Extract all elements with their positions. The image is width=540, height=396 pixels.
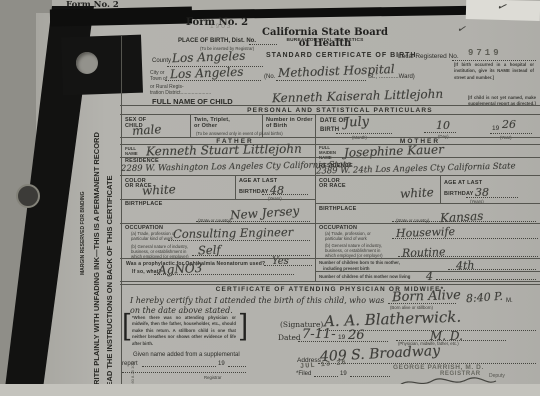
supplemental-note: report xyxy=(122,361,138,367)
divider xyxy=(350,376,390,377)
father-occupation-a-value: Consulting Engineer xyxy=(173,225,293,241)
divider xyxy=(168,240,310,241)
divider xyxy=(398,256,538,257)
mother-birthplace-value: Kansas xyxy=(440,209,484,225)
local-registered-label: Local Registered No. xyxy=(398,53,459,60)
rural-district-label: tration District...................... xyxy=(150,90,211,96)
mother-color-value: white xyxy=(400,185,434,201)
county-label: County xyxy=(152,58,171,64)
divider xyxy=(235,176,236,199)
bureau-subtitle: BUREAU OF VITAL STATISTICS xyxy=(278,38,372,43)
sex-value: male xyxy=(132,122,162,138)
divider xyxy=(165,80,261,81)
divider xyxy=(142,366,216,367)
divider xyxy=(154,274,294,275)
place-of-birth-label: PLACE OF BIRTH, Dist. No. xyxy=(178,38,256,44)
father-name-label: NAME xyxy=(125,151,138,156)
no-physician-note: *When there was no attending physician o… xyxy=(132,315,236,347)
dated-year-printed: 19 xyxy=(338,334,345,341)
county-value: Los Angeles xyxy=(172,49,246,66)
read-instructions-warning: READ THE INSTRUCTIONS ON BACK OF THIS CE… xyxy=(105,118,114,392)
mother-name-label: NAME xyxy=(319,155,332,160)
time-meridiem-suffix: M. xyxy=(506,298,513,304)
city-label: Town of xyxy=(150,76,167,82)
write-plainly-warning: WRITE PLAINLY WITH UNFADING INK—THIS IS … xyxy=(92,92,101,392)
plural-births-note: (To be answered only in event of plural … xyxy=(196,131,283,136)
divider xyxy=(392,221,536,222)
divider xyxy=(314,376,338,377)
twin-label: or Other xyxy=(194,123,217,129)
certificate-title: STANDARD CERTIFICATE OF BIRTH xyxy=(266,52,416,59)
divider xyxy=(298,341,388,342)
birth-time-value: 8:40 P. xyxy=(466,290,504,306)
divider xyxy=(466,197,518,198)
divider xyxy=(120,114,540,115)
divider xyxy=(262,194,308,195)
divider xyxy=(120,284,540,285)
divider xyxy=(436,279,536,280)
scanned-birth-certificate: Form No. 2 MARGIN RESERVED FOR BINDING W… xyxy=(0,0,540,396)
street-ward-suffix: St.; ............Ward) xyxy=(368,74,415,80)
binding-tab xyxy=(61,35,143,96)
divider xyxy=(316,258,540,259)
scanner-bed-strip xyxy=(0,384,540,396)
supplemental-year-printed: 19 xyxy=(218,361,225,367)
punch-hole xyxy=(16,184,40,208)
local-registered-number: 9719 xyxy=(468,48,502,58)
father-name-value: Kenneth Stuart Littlejohn xyxy=(146,142,302,159)
divider xyxy=(264,265,312,266)
children-living-label: Number of children of this mother now li… xyxy=(319,274,410,279)
divider xyxy=(490,133,532,134)
margin-reserved-note: MARGIN RESERVED FOR BINDING xyxy=(80,140,86,275)
divider xyxy=(192,255,310,256)
particulars-section-title: PERSONAL AND STATISTICAL PARTICULARS xyxy=(230,107,450,114)
supplemental-note: Given name added from a supplemental xyxy=(133,352,269,358)
divider xyxy=(392,238,538,239)
divider xyxy=(424,132,456,133)
divider xyxy=(336,133,392,134)
punch-hole xyxy=(76,52,98,74)
father-occupation-a-label: particular kind of work xyxy=(131,236,173,241)
birth-day-value: 10 xyxy=(436,119,450,132)
divider xyxy=(388,303,456,304)
date-above-statement: on the date above stated. xyxy=(130,306,233,315)
birth-year-value: 26 xyxy=(502,118,516,131)
form-number: Form No. 2 xyxy=(186,17,248,28)
divider xyxy=(120,199,315,200)
bracket-close: ] xyxy=(238,309,248,345)
city-value: Los Angeles xyxy=(170,65,244,82)
divider xyxy=(448,269,536,270)
birth-month-value: July xyxy=(344,114,370,130)
registrar-sublabel: Registrar xyxy=(204,375,221,380)
divider xyxy=(276,80,366,81)
divider xyxy=(120,281,540,282)
certify-statement: I hereby certify that I attended the bir… xyxy=(130,296,384,305)
mother-color-label: OR RACE xyxy=(319,183,346,189)
divider xyxy=(452,60,536,61)
mother-birthplace-label: BIRTHPLACE xyxy=(319,206,356,212)
dated-value: 7-11- xyxy=(302,327,336,342)
mother-occupation-a-label: particular kind of work xyxy=(325,236,367,241)
bracket-open: [ xyxy=(122,309,132,345)
divider xyxy=(190,115,191,137)
father-birthplace-label: BIRTHPLACE xyxy=(125,201,162,207)
divider xyxy=(196,221,310,222)
divider xyxy=(122,372,246,373)
street-no-prefix: (No. xyxy=(264,74,275,80)
filed-year-printed: 19 xyxy=(340,371,347,377)
year-printed-prefix: 19 xyxy=(492,125,499,132)
filed-label: *Filed xyxy=(296,371,311,377)
divider xyxy=(228,366,246,367)
birth-order-label: of Birth xyxy=(266,123,287,129)
hospital-note: [If birth occurred in a hospital or inst… xyxy=(454,62,534,81)
divider xyxy=(315,115,316,281)
registrar-name-stamp: GEORGE PARRISH, M. D. xyxy=(393,364,484,371)
divider xyxy=(440,176,441,203)
divider xyxy=(120,105,540,106)
scan-dark-band-left xyxy=(50,7,192,27)
divider xyxy=(316,203,540,204)
father-color-value: white xyxy=(142,182,176,198)
children-born-label: Number of children born to this mother, xyxy=(319,260,400,265)
